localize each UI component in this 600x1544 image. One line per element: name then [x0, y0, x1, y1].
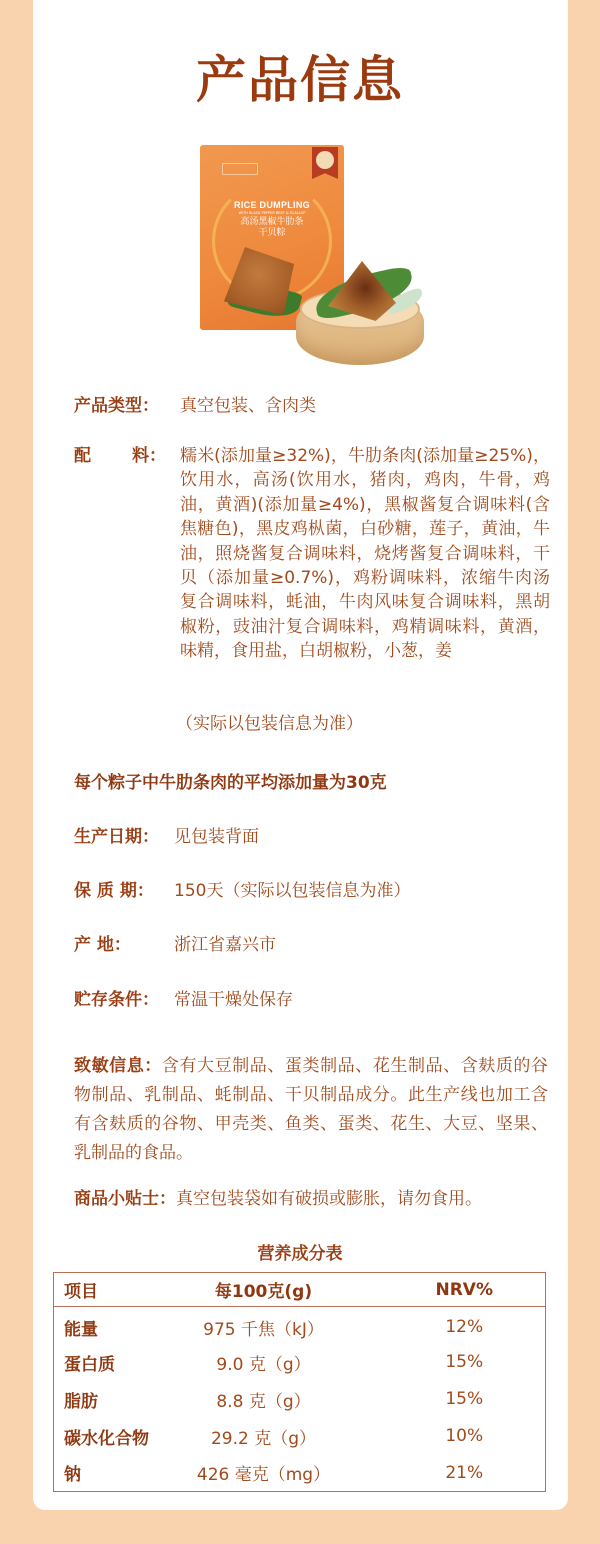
- beef-amount-note: 每个粽子中牛肋条肉的平均添加量为30克: [74, 768, 387, 793]
- tips-row: 商品小贴士：真空包装袋如有破损或膨胀，请勿食用。: [74, 1187, 482, 1211]
- nutrient-name: 钠: [54, 1455, 164, 1492]
- nutrient-name: 蛋白质: [54, 1344, 164, 1381]
- table-row: 钠 426 毫克（mg） 21%: [54, 1455, 546, 1492]
- package-title-cn-line1: 高汤黑椒牛肋条: [200, 217, 344, 228]
- nutrient-nrv: 15%: [364, 1381, 546, 1418]
- nutrient-per100: 8.8 克（g）: [164, 1381, 364, 1418]
- shelf-life-label: 保 质 期：: [74, 879, 166, 903]
- storage-value: 常温干燥处保存: [174, 990, 293, 1010]
- nutrient-name: 脂肪: [54, 1381, 164, 1418]
- nutrient-per100: 426 毫克（mg）: [164, 1455, 364, 1492]
- brand-logo-icon: [222, 163, 258, 175]
- ingredients-note: （实际以包装信息为准）: [176, 712, 363, 736]
- nutrition-table: 项目 每100克(g) NRV% 能量 975 千焦（kJ） 12% 蛋白质 9…: [53, 1272, 546, 1492]
- header-per100: 每100克(g): [164, 1273, 364, 1307]
- product-type-row: 产品类型：真空包装、含肉类: [74, 394, 316, 418]
- origin-value: 浙江省嘉兴市: [174, 935, 276, 955]
- nutrient-per100: 975 千焦（kJ）: [164, 1307, 364, 1344]
- table-row: 蛋白质 9.0 克（g） 15%: [54, 1344, 546, 1381]
- table-header-row: 项目 每100克(g) NRV%: [54, 1273, 546, 1307]
- label-char: 配: [74, 444, 91, 468]
- label-char: 料：: [132, 444, 166, 468]
- table-row: 脂肪 8.8 克（g） 15%: [54, 1381, 546, 1418]
- package-title-en: RICE DUMPLING: [200, 200, 344, 210]
- ingredients-label: 配 料：: [74, 444, 166, 468]
- table-row: 碳水化合物 29.2 克（g） 10%: [54, 1418, 546, 1455]
- package-title-cn-line2: 干贝粽: [200, 228, 344, 239]
- nutrient-nrv: 12%: [364, 1307, 546, 1344]
- page-title: 产品信息: [0, 40, 600, 112]
- origin-row: 产 地： 浙江省嘉兴市: [74, 933, 276, 957]
- ingredients-value: 糯米(添加量≥32%)，牛肋条肉(添加量≥25%)，饮用水，高汤(饮用水，猪肉，…: [180, 444, 550, 664]
- allergen-label: 致敏信息：: [74, 1056, 162, 1076]
- shelf-life-value: 150天（实际以包装信息为准）: [174, 881, 410, 901]
- table-row: 能量 975 千焦（kJ） 12%: [54, 1307, 546, 1344]
- nutrient-per100: 9.0 克（g）: [164, 1344, 364, 1381]
- label-char: 质: [97, 881, 114, 901]
- production-date-row: 生产日期：见包装背面: [74, 825, 259, 849]
- label-char: 期：: [120, 881, 154, 901]
- header-nrv: NRV%: [364, 1273, 546, 1307]
- product-type-value: 真空包装、含肉类: [180, 396, 316, 416]
- production-date-label: 生产日期：: [74, 825, 174, 849]
- shelf-life-row: 保 质 期： 150天（实际以包装信息为准）: [74, 879, 410, 903]
- tips-label: 商品小贴士：: [74, 1187, 176, 1211]
- header-item: 项目: [54, 1273, 164, 1307]
- nutrient-nrv: 15%: [364, 1344, 546, 1381]
- nutrition-title: 营养成分表: [0, 1239, 600, 1264]
- product-image: RICE DUMPLING WITH BLACK PEPPER BEEF & S…: [196, 143, 426, 368]
- beef-badge-icon: [312, 147, 338, 179]
- production-date-value: 见包装背面: [174, 827, 259, 847]
- nutrient-name: 能量: [54, 1307, 164, 1344]
- origin-label: 产 地：: [74, 933, 166, 957]
- storage-row: 贮存条件：常温干燥处保存: [74, 988, 293, 1012]
- label-char: 产: [74, 935, 91, 955]
- label-char: 地：: [97, 935, 131, 955]
- allergen-info: 致敏信息：含有大豆制品、蛋类制品、花生制品、含麸质的谷物制品、乳制品、蚝制品、干…: [74, 1052, 548, 1168]
- label-char: 保: [74, 881, 91, 901]
- tips-value: 真空包装袋如有破损或膨胀，请勿食用。: [176, 1189, 482, 1209]
- package-title-cn: 高汤黑椒牛肋条 干贝粽: [200, 217, 344, 239]
- package-subtitle-en: WITH BLACK PEPPER BEEF & SCALLOP: [200, 211, 344, 215]
- nutrient-name: 碳水化合物: [54, 1418, 164, 1455]
- nutrient-nrv: 10%: [364, 1418, 546, 1455]
- product-type-label: 产品类型：: [74, 394, 180, 418]
- storage-label: 贮存条件：: [74, 988, 174, 1012]
- nutrient-per100: 29.2 克（g）: [164, 1418, 364, 1455]
- nutrient-nrv: 21%: [364, 1455, 546, 1492]
